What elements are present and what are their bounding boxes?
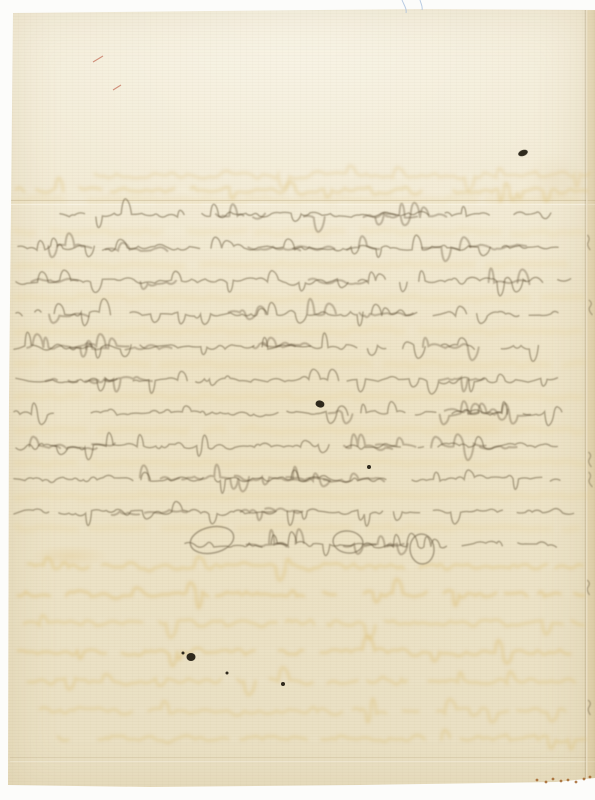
paper-sheet bbox=[0, 0, 595, 800]
rust-dot bbox=[575, 781, 578, 784]
horizontal-fold-crease bbox=[10, 200, 595, 204]
folded-edge-strip bbox=[586, 10, 595, 782]
paper-texture bbox=[0, 0, 595, 800]
lower-fold-crease bbox=[10, 757, 595, 761]
scanner-background: Aged cream laid paper sheet scanned on a… bbox=[0, 0, 595, 800]
blue-thread bbox=[420, 0, 422, 10]
document-description: Aged cream laid paper sheet scanned on a… bbox=[0, 16, 1, 17]
